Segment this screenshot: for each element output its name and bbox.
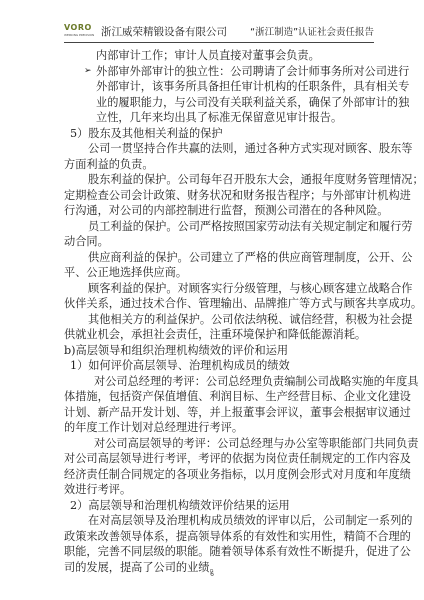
line-text: 方面利益的负责。 <box>64 158 154 171</box>
text-line: 经济责任制合同规定的各项业务指标，以月度例会形式对月度和年度绩 <box>64 467 374 483</box>
line-text: 其他相关方的利益保护。公司依法纳税、诚信经营，积极为社会提 <box>88 313 412 326</box>
company-name: 浙江威荣精锻设备有限公司 <box>101 25 227 39</box>
line-text: b)高层领导和组织治理机构绩效的评价和运用 <box>64 344 288 357</box>
text-line: 1）如何评价高层领导、治理机构成员的绩效 <box>64 358 374 374</box>
line-text: 5）股东及其他相关利益的保护 <box>70 127 223 140</box>
line-text: 行沟通，对公司的内部控制进行监督，预测公司潜在的各种风险。 <box>64 204 388 217</box>
text-line: 在对高层领导及治理机构成员绩效的评审以后，公司制定一系列的 <box>64 513 374 529</box>
line-text: 平、公正地选择供应商。 <box>64 266 187 279</box>
logo-subtitle: WEIRONG PRECISION <box>64 33 94 37</box>
text-line: 2）高层领导和治理机构绩效评价结果的运用 <box>64 498 374 514</box>
text-line: 顾客利益的保护。对顾客实行分级管理，与核心顾客建立战略合作 <box>64 281 374 297</box>
text-line: 方面利益的负责。 <box>64 157 374 173</box>
line-text: 供就业机会，承担社会责任，注重环境保护和降低能源消耗。 <box>64 328 366 341</box>
text-line: 政策来改善领导体系，提高领导体系的有效性和实用性，精简不合理的 <box>64 529 374 545</box>
line-text: 的年度工作计划对总经理进行考评。 <box>64 421 243 434</box>
text-line: 公司一贯坚持合作共赢的法则，通过各种方式实现对顾客、股东等 <box>64 141 374 157</box>
page-header: VORO WEIRONG PRECISION 浙江威荣精锻设备有限公司 “浙江制… <box>64 22 374 42</box>
text-line: 计划、新产品开发计划、等，并上报董事会评议，董事会根据审议通过 <box>64 405 374 421</box>
bullet-line: ➢外部审外部审计的独立性：公司聘请了会计师事务所对公司进行 <box>64 64 374 80</box>
line-text: 对公司高层领导进行考评，考评的依据为岗位责任制规定的工作内容及 <box>64 452 411 465</box>
text-line: 供应商利益的保护。公司建立了严格的供应商管理制度，公开、公 <box>64 250 374 266</box>
text-line: 伙伴关系，通过技术合作、管理输出、品牌推广等方式与顾客共享成功。 <box>64 296 374 312</box>
line-text: 外部审外部审计的独立性：公司聘请了会计师事务所对公司进行 <box>96 65 409 78</box>
text-line: 股东利益的保护。公司每年召开股东大会，通报年度财务管理情况； <box>64 172 374 188</box>
line-text: 员工利益的保护。公司严格按照国家劳动法有关规定制定和履行劳 <box>88 220 412 233</box>
text-line: 效进行考评。 <box>64 482 374 498</box>
line-text: 业的履职能力，与公司没有关联利益关系，确保了外部审计的独 <box>96 96 409 109</box>
text-line: 供就业机会，承担社会责任，注重环境保护和降低能源消耗。 <box>64 327 374 343</box>
text-line: 定期检查公司会计政策、财务状况和财务报告程序；与外部审计机构进 <box>64 188 374 204</box>
line-text: 外部审计，该事务所具备担任审计机构的任职条件，具有相关专 <box>96 80 409 93</box>
line-text: 顾客利益的保护。对顾客实行分级管理，与核心顾客建立战略合作 <box>88 282 412 295</box>
line-text: 公司一贯坚持合作共赢的法则，通过各种方式实现对顾客、股东等 <box>88 142 412 155</box>
text-line: 体措施，包括资产保值增值、利润目标、生产经营目标、企业文化建设 <box>64 389 374 405</box>
line-text: 效进行考评。 <box>64 483 131 496</box>
header-divider <box>64 42 374 43</box>
line-text: 内部审计工作；审计人员直接对董事会负责。 <box>96 49 320 62</box>
text-line: 的年度工作计划对总经理进行考评。 <box>64 420 374 436</box>
logo-text: VORO <box>64 24 92 32</box>
text-line: 对公司高层领导的考评：公司总经理与办公室等职能部门共同负责 <box>64 436 374 452</box>
company-logo: VORO WEIRONG PRECISION <box>64 24 98 40</box>
line-text: 对公司总经理的考评：公司总经理负责编制公司战略实施的年度具 <box>94 375 418 388</box>
text-line: 行沟通，对公司的内部控制进行监督，预测公司潜在的各种风险。 <box>64 203 374 219</box>
line-text: 伙伴关系，通过技术合作、管理输出、品牌推广等方式与顾客共享成功。 <box>64 297 422 310</box>
line-text: 体措施，包括资产保值增值、利润目标、生产经营目标、企业文化建设 <box>64 390 411 403</box>
line-text: 经济责任制合同规定的各项业务指标，以月度例会形式对月度和年度绩 <box>64 468 411 481</box>
text-line: 内部审计工作；审计人员直接对董事会负责。 <box>64 48 374 64</box>
line-text: 股东利益的保护。公司每年召开股东大会，通报年度财务管理情况； <box>88 173 424 186</box>
report-title: “浙江制造”认证社会责任报告 <box>250 26 374 39</box>
line-text: 供应商利益的保护。公司建立了严格的供应商管理制度，公开、公 <box>88 251 412 264</box>
line-text: 2）高层领导和治理机构绩效评价结果的运用 <box>70 499 290 512</box>
text-line: 外部审计，该事务所具备担任审计机构的任职条件，具有相关专 <box>64 79 374 95</box>
text-line: 员工利益的保护。公司严格按照国家劳动法有关规定制定和履行劳 <box>64 219 374 235</box>
page-number: 6 <box>0 571 424 578</box>
text-line: 动合同。 <box>64 234 374 250</box>
line-text: 对公司高层领导的考评：公司总经理与办公室等职能部门共同负责 <box>94 437 418 450</box>
line-text: 职能，完善不同层级的职能。随着领导体系有效性不断提升，促进了公 <box>64 545 411 558</box>
text-line: 平、公正地选择供应商。 <box>64 265 374 281</box>
line-text: 政策来改善领导体系，提高领导体系的有效性和实用性，精简不合理的 <box>64 530 411 543</box>
text-line: 对公司高层领导进行考评，考评的依据为岗位责任制规定的工作内容及 <box>64 451 374 467</box>
line-text: 定期检查公司会计政策、财务状况和财务报告程序；与外部审计机构进 <box>64 189 411 202</box>
text-line: 职能，完善不同层级的职能。随着领导体系有效性不断提升，促进了公 <box>64 544 374 560</box>
text-line: 立性，几年来均出具了标准无保留意见审计报告。 <box>64 110 374 126</box>
line-text: 动合同。 <box>64 235 109 248</box>
line-text: 1）如何评价高层领导、治理机构成员的绩效 <box>70 359 290 372</box>
text-line: 对公司总经理的考评：公司总经理负责编制公司战略实施的年度具 <box>64 374 374 390</box>
text-line: 5）股东及其他相关利益的保护 <box>64 126 374 142</box>
text-line: 其他相关方的利益保护。公司依法纳税、诚信经营，积极为社会提 <box>64 312 374 328</box>
bullet-arrow-icon: ➢ <box>84 64 92 80</box>
document-body: 内部审计工作；审计人员直接对董事会负责。➢外部审外部审计的独立性：公司聘请了会计… <box>64 48 374 575</box>
line-text: 在对高层领导及治理机构成员绩效的评审以后，公司制定一系列的 <box>88 514 412 527</box>
line-text: 立性，几年来均出具了标准无保留意见审计报告。 <box>96 111 342 124</box>
text-line: 业的履职能力，与公司没有关联利益关系，确保了外部审计的独 <box>64 95 374 111</box>
text-line: b)高层领导和组织治理机构绩效的评价和运用 <box>64 343 374 359</box>
line-text: 计划、新产品开发计划、等，并上报董事会评议，董事会根据审议通过 <box>64 406 411 419</box>
